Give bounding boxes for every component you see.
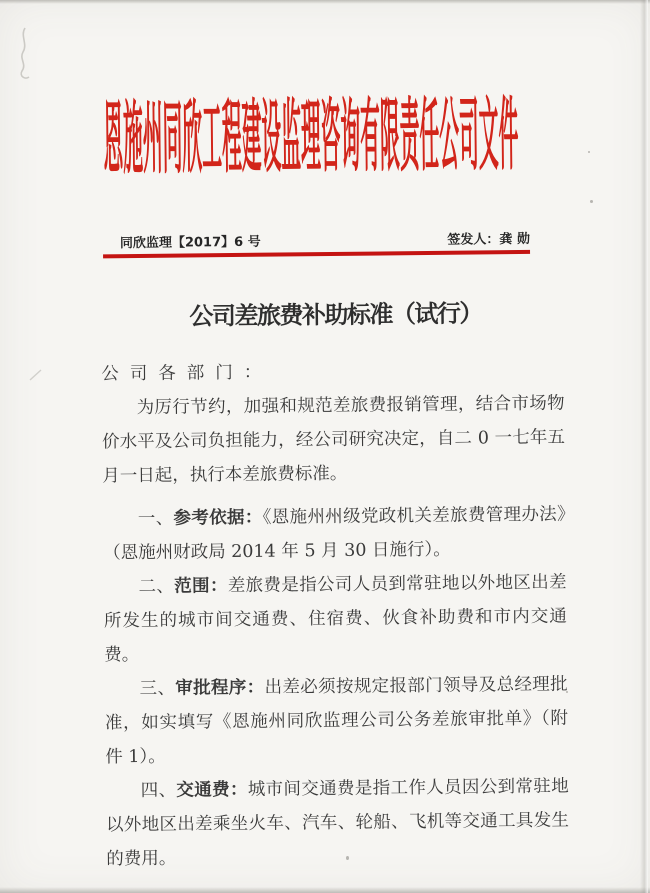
text-run: 为厉行节约，加强和规范差旅费报销管理，结合市场物价水平及公司负担能力，经公司研究… <box>102 394 565 487</box>
document-title: 公司差旅费补助标准（试行） <box>0 292 650 334</box>
document-body: 公司各部门：为厉行节约，加强和规范差旅费报销管理，结合市场物价水平及公司负担能力… <box>101 353 569 877</box>
text-run: 一、 <box>138 509 174 529</box>
letterhead-title: 恩施州同欣工程建设监理咨询有限责任公司文件 <box>103 92 519 180</box>
paragraph: 四、交通费：城市间交通费是指工作人员因公到常驻地以外地区出差乘坐火车、汽车、轮船… <box>105 770 569 877</box>
section-heading-run: 交通费： <box>176 780 248 801</box>
paragraph: 为厉行节约，加强和规范差旅费报销管理，结合市场物价水平及公司负担能力，经公司研究… <box>101 387 565 494</box>
text-run: 四、 <box>141 781 177 801</box>
paragraph: 公司各部门： <box>101 353 564 392</box>
section-heading-run: 审批程序： <box>175 678 264 699</box>
text-run: 三、 <box>139 679 175 699</box>
doc-number: 同欣监理【2017】6 号 <box>120 235 261 252</box>
document-content: 恩施州同欣工程建设监理咨询有限责任公司文件 同欣监理【2017】6 号 签发人：… <box>0 0 650 893</box>
paragraph: 二、范围：差旅费是指公司人员到常驻地以外地区出差所发生的城市间交通费、住宿费、伙… <box>103 566 567 673</box>
doc-info-row: 同欣监理【2017】6 号 签发人：龚 勋 <box>120 232 530 252</box>
issuer-name: 龚 勋 <box>499 232 530 247</box>
section-heading-run: 参考依据： <box>173 508 262 529</box>
paragraph: 一、参考依据：《恩施州州级党政机关差旅费管理办法》（恩施州财政局 2014 年 … <box>103 498 567 571</box>
text-run: 公司各部门： <box>101 363 272 385</box>
paragraph: 三、审批程序：出差必须按规定报部门领导及总经理批准，如实填写《恩施州同欣监理公司… <box>104 668 568 775</box>
scanned-document-page: 恩施州同欣工程建设监理咨询有限责任公司文件 同欣监理【2017】6 号 签发人：… <box>0 0 650 893</box>
section-heading-run: 范围： <box>174 576 228 597</box>
text-run: 二、 <box>138 577 174 597</box>
issuer: 签发人：龚 勋 <box>447 232 530 249</box>
issuer-label: 签发人： <box>447 232 499 248</box>
